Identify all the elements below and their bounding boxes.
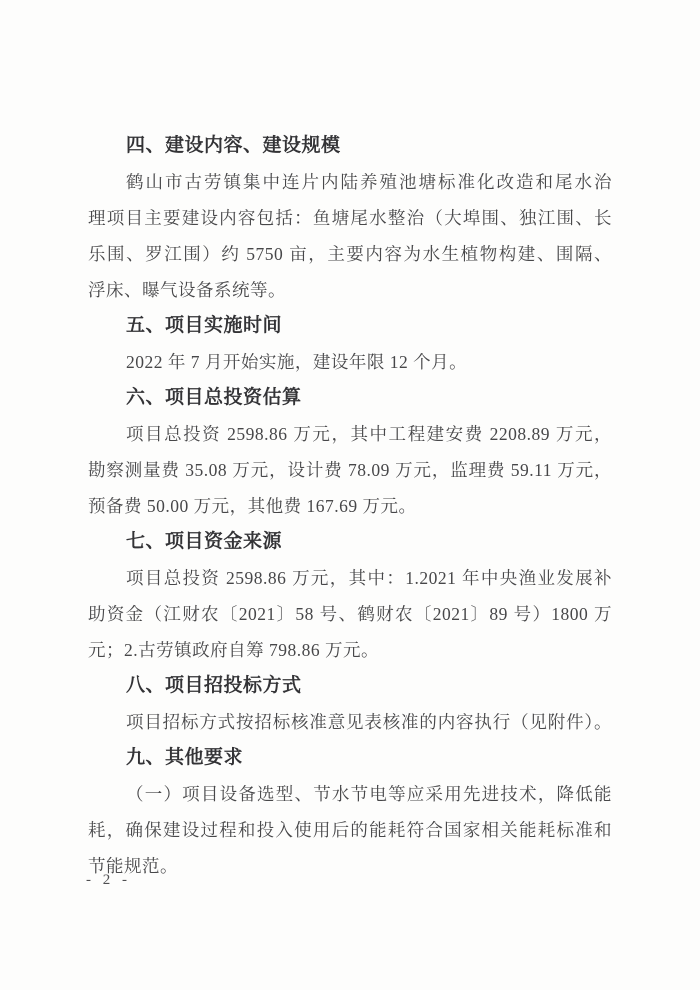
paragraph-line: 项目总投资 2598.86 万元，其中：1.2021 年中央渔业发展补 [88,560,612,596]
paragraph-line: 乐围、罗江围）约 5750 亩，主要内容为水生植物构建、围隔、 [88,236,612,272]
paragraph-line: 浮床、曝气设备系统等。 [88,272,612,308]
section-heading-construction-content: 四、建设内容、建设规模 [88,128,612,164]
paragraph-line: 勘察测量费 35.08 万元，设计费 78.09 万元，监理费 59.11 万元… [88,452,612,488]
paragraph-line: 项目总投资 2598.86 万元，其中工程建安费 2208.89 万元， [88,416,612,452]
paragraph-line: 2022 年 7 月开始实施，建设年限 12 个月。 [88,344,612,380]
section-heading-total-investment: 六、项目总投资估算 [88,380,612,416]
section-heading-other-requirements: 九、其他要求 [88,740,612,776]
paragraph-line: 耗，确保建设过程和投入使用后的能耗符合国家相关能耗标准和 [88,812,612,848]
section-heading-implementation-time: 五、项目实施时间 [88,308,612,344]
document-page: 四、建设内容、建设规模 鹤山市古劳镇集中连片内陆养殖池塘标准化改造和尾水治 理项… [0,0,700,990]
paragraph-line: 预备费 50.00 万元，其他费 167.69 万元。 [88,488,612,524]
paragraph-line: （一）项目设备选型、节水节电等应采用先进技术，降低能 [88,776,612,812]
paragraph-line: 元；2.古劳镇政府自筹 798.86 万元。 [88,632,612,668]
paragraph-line: 鹤山市古劳镇集中连片内陆养殖池塘标准化改造和尾水治 [88,164,612,200]
paragraph-line: 助资金（江财农〔2021〕58 号、鹤财农〔2021〕89 号）1800 万 [88,596,612,632]
paragraph-line: 理项目主要建设内容包括：鱼塘尾水整治（大埠围、独江围、长 [88,200,612,236]
document-content: 四、建设内容、建设规模 鹤山市古劳镇集中连片内陆养殖池塘标准化改造和尾水治 理项… [88,128,612,884]
paragraph-line: 项目招标方式按招标核准意见表核准的内容执行（见附件）。 [88,704,612,740]
section-heading-bidding-method: 八、项目招投标方式 [88,668,612,704]
paragraph-line: 节能规范。 [88,848,612,884]
section-heading-funding-source: 七、项目资金来源 [88,524,612,560]
page-number: - 2 - [86,868,131,892]
